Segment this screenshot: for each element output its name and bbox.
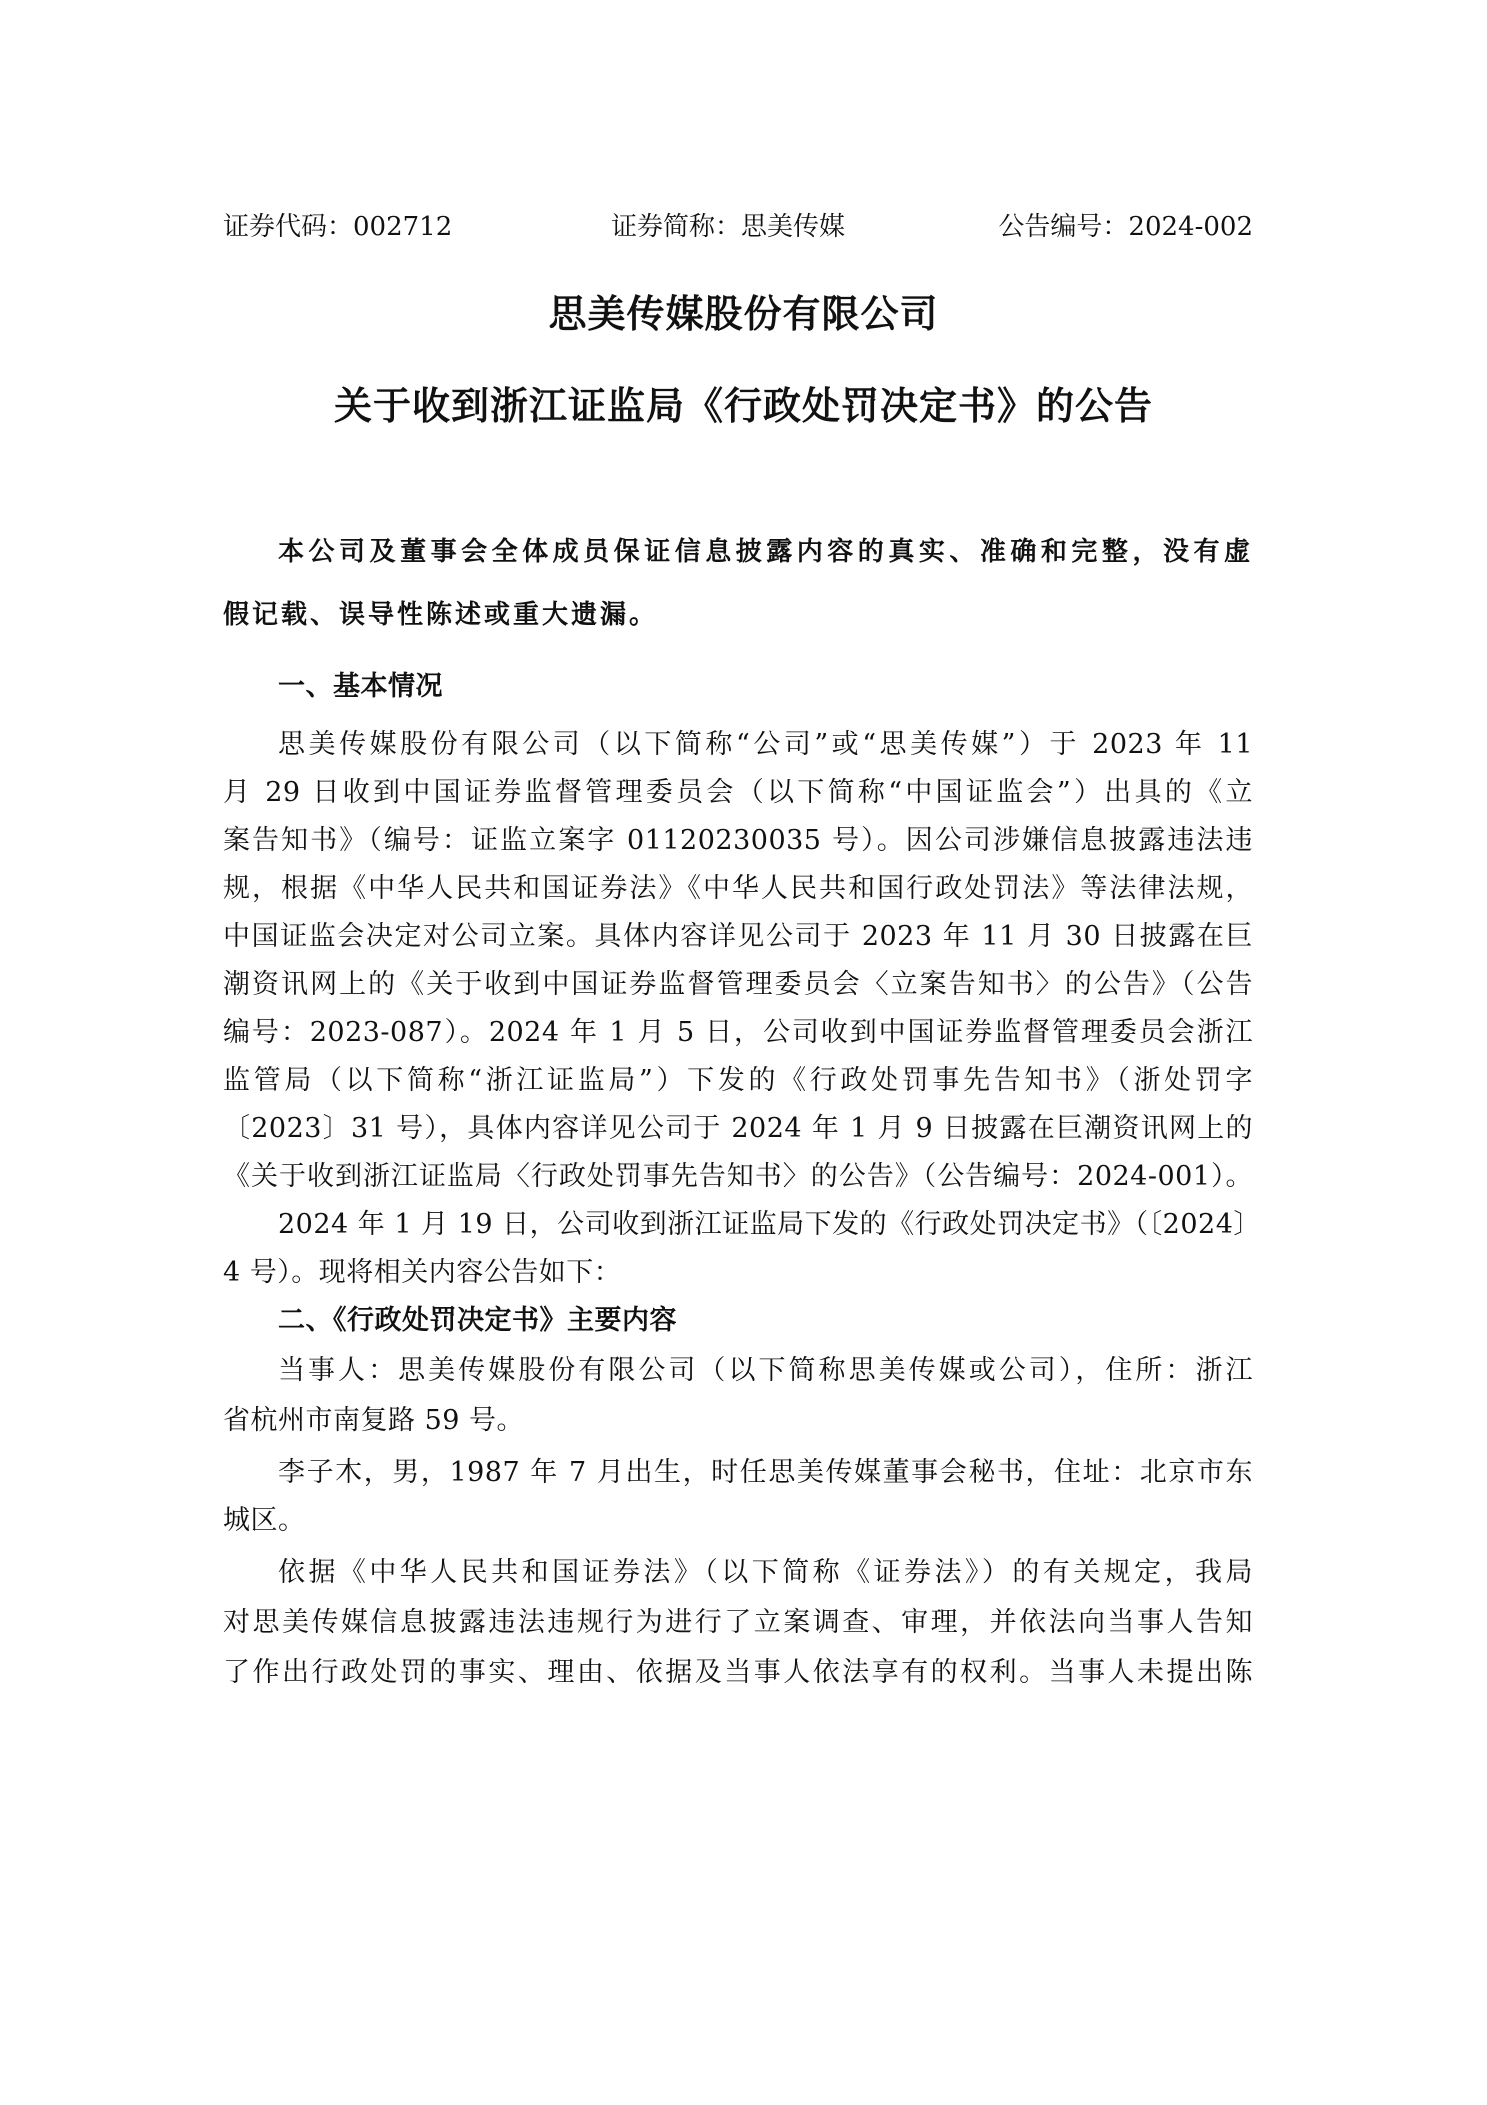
body-line: 规，根据《中华人民共和国证券法》《中华人民共和国行政处罚法》等法律法规，: [223, 872, 1253, 906]
body-line: 城区。: [223, 1504, 1253, 1538]
body-line: 〔2023〕31 号），具体内容详见公司于 2024 年 1 月 9 日披露在巨…: [223, 1112, 1253, 1146]
body-line: 《关于收到浙江证监局〈行政处罚事先告知书〉的公告》（公告编号：2024-001）…: [223, 1160, 1253, 1194]
announcement-title: 关于收到浙江证监局《行政处罚决定书》的公告: [0, 382, 1487, 430]
body-line: 潮资讯网上的《关于收到中国证券监督管理委员会〈立案告知书〉的公告》（公告: [223, 968, 1253, 1002]
disclaimer-line-1: 本公司及董事会全体成员保证信息披露内容的真实、准确和完整，没有虚: [278, 535, 1253, 569]
section-heading-decision-content: 二、《行政处罚决定书》主要内容: [278, 1304, 1253, 1338]
body-line: 中国证监会决定对公司立案。具体内容详见公司于 2023 年 11 月 30 日披…: [223, 920, 1253, 954]
company-title: 思美传媒股份有限公司: [0, 290, 1487, 338]
body-line: 了作出行政处罚的事实、理由、依据及当事人依法享有的权利。当事人未提出陈: [223, 1656, 1253, 1690]
body-line: 当事人：思美传媒股份有限公司（以下简称思美传媒或公司），住所：浙江: [278, 1354, 1253, 1388]
section-heading-basic-info: 一、基本情况: [278, 670, 1253, 704]
stock-code: 证券代码：002712: [223, 210, 452, 244]
stock-name: 证券简称：思美传媒: [611, 210, 845, 244]
body-line: 思美传媒股份有限公司（以下简称“公司”或“思美传媒”）于 2023 年 11: [278, 728, 1253, 762]
document-header: 证券代码：002712 证券简称：思美传媒 公告编号：2024-002: [223, 210, 1253, 244]
body-line: 李子木，男，1987 年 7 月出生，时任思美传媒董事会秘书，住址：北京市东: [278, 1456, 1253, 1490]
body-line: 4 号）。现将相关内容公告如下：: [223, 1256, 1253, 1290]
body-line: 监管局（以下简称“浙江证监局”）下发的《行政处罚事先告知书》（浙处罚字: [223, 1064, 1253, 1098]
body-line: 依据《中华人民共和国证券法》（以下简称《证券法》）的有关规定，我局: [278, 1556, 1253, 1590]
body-line: 省杭州市南复路 59 号。: [223, 1404, 1253, 1438]
disclaimer-line-2: 假记载、误导性陈述或重大遗漏。: [223, 598, 1253, 632]
body-line: 月 29 日收到中国证券监督管理委员会（以下简称“中国证监会”）出具的《立: [223, 776, 1253, 810]
body-line: 编号：2023-087）。2024 年 1 月 5 日，公司收到中国证券监督管理…: [223, 1016, 1253, 1050]
document-page: 证券代码：002712 证券简称：思美传媒 公告编号：2024-002 思美传媒…: [0, 0, 1487, 2105]
body-line: 2024 年 1 月 19 日，公司收到浙江证监局下发的《行政处罚决定书》（〔2…: [278, 1208, 1253, 1242]
announcement-number: 公告编号：2024-002: [998, 210, 1253, 244]
body-line: 对思美传媒信息披露违法违规行为进行了立案调查、审理，并依法向当事人告知: [223, 1606, 1253, 1640]
body-line: 案告知书》（编号：证监立案字 01120230035 号）。因公司涉嫌信息披露违…: [223, 824, 1253, 858]
